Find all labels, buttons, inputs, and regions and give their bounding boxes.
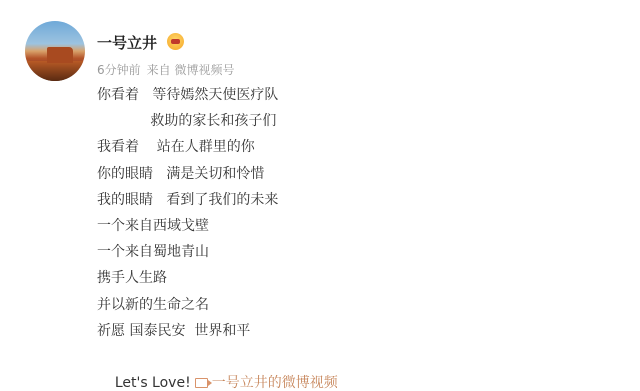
body-line: 我的眼睛 看到了我们的未来: [97, 187, 338, 213]
crown-badge-icon[interactable]: [167, 33, 184, 50]
body-line: 一个来自蜀地青山: [97, 239, 338, 265]
post-meta: 6分钟前来自 微博视频号: [97, 61, 234, 78]
body-line: 你看着 等待嫣然天使医疗队: [97, 82, 338, 108]
video-icon: [195, 378, 208, 388]
body-line: 救助的家长和孩子们: [97, 108, 338, 134]
body-line: 我看着 站在人群里的你: [97, 134, 338, 160]
body-line: 祈愿 国泰民安 世界和平: [97, 318, 338, 344]
body-line: 你的眼睛 满是关切和怜惜: [97, 161, 338, 187]
body-line: 一个来自西域戈壁: [97, 213, 338, 239]
avatar-butte: [47, 47, 73, 63]
body-line-last: Let's Love!一号立井的微博视频: [97, 344, 338, 370]
video-link[interactable]: 一号立井的微博视频: [191, 375, 338, 391]
post-time[interactable]: 6分钟前: [97, 63, 141, 77]
author-name[interactable]: 一号立井: [97, 32, 157, 53]
body-line: 携手人生路: [97, 265, 338, 291]
avatar[interactable]: [25, 21, 85, 81]
post-source[interactable]: 来自 微博视频号: [147, 63, 235, 77]
lets-love-text: Let's Love!: [115, 375, 191, 391]
post-body: 你看着 等待嫣然天使医疗队 救助的家长和孩子们 我看着 站在人群里的你 你的眼睛…: [97, 82, 338, 370]
avatar-ground: [25, 61, 85, 81]
video-link-label: 一号立井的微博视频: [212, 375, 338, 391]
body-line: 并以新的生命之名: [97, 292, 338, 318]
